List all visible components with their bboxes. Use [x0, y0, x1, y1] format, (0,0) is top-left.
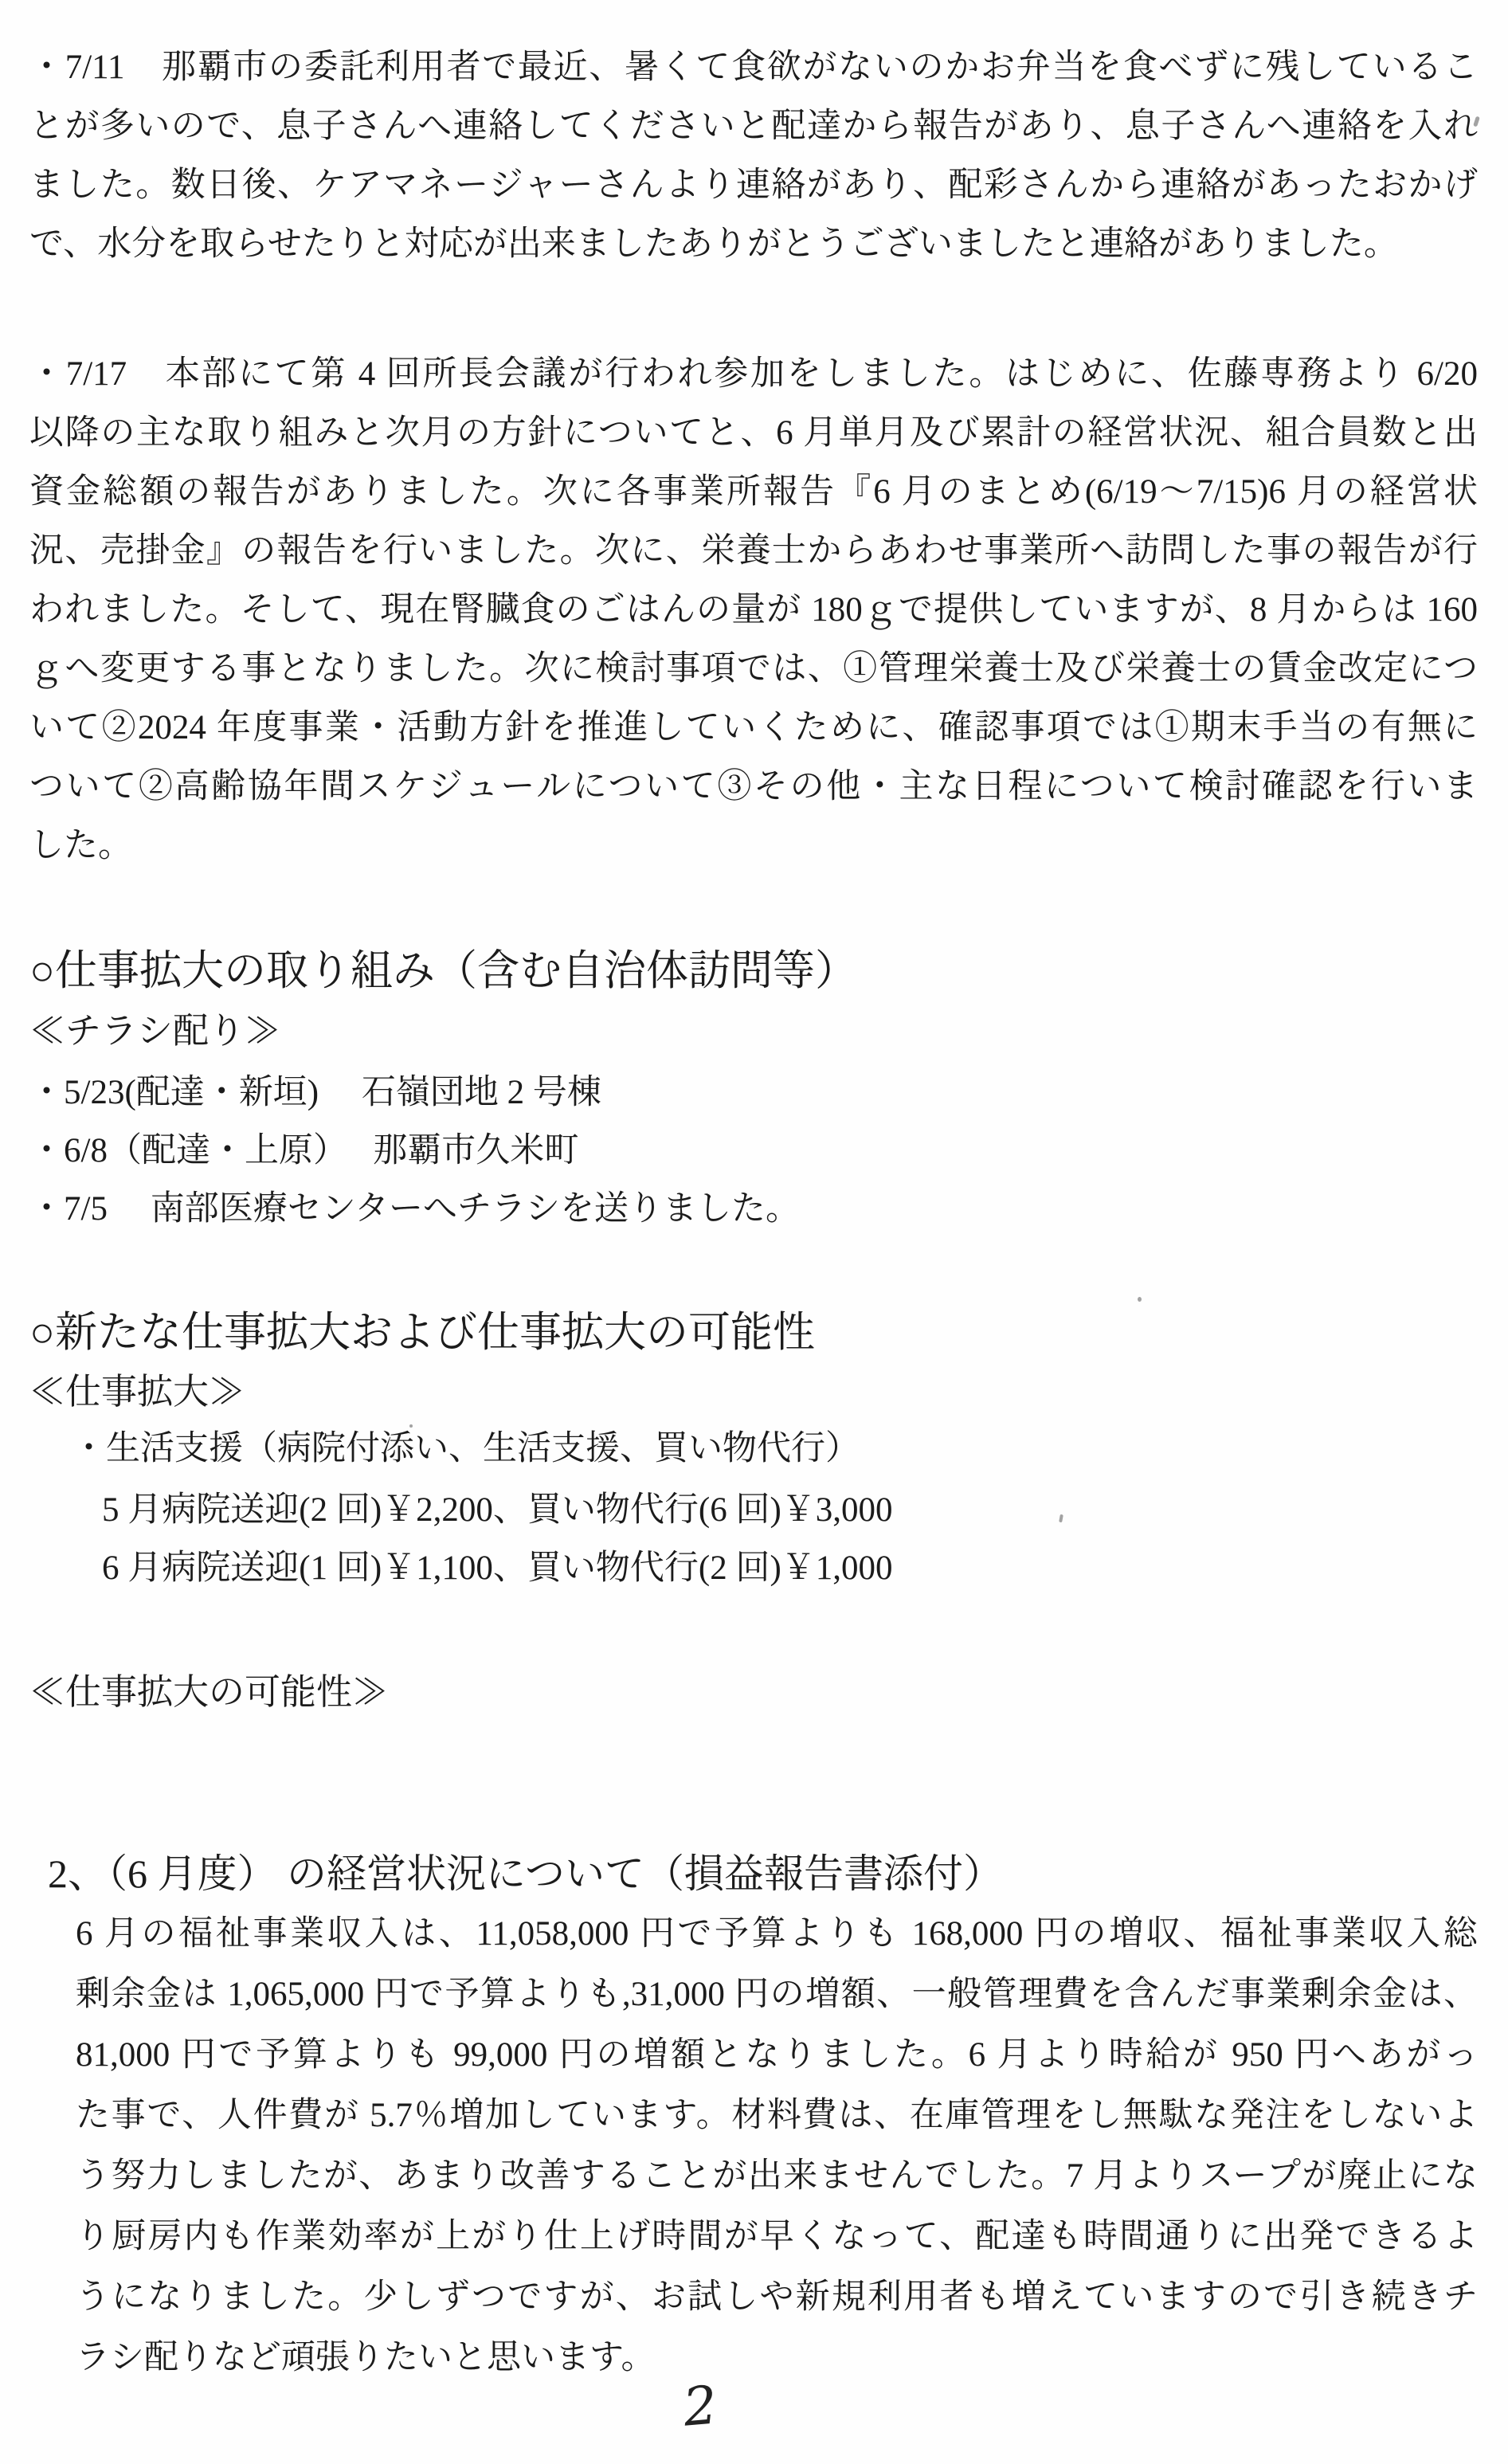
section-heading-financial-status: 2、（6 月度） の経営状況について（損益報告書添付）: [48, 1850, 1003, 1898]
text-line: した。: [29, 817, 1478, 876]
text-line: 81,000 円で予算よりも 99,000 円の増額となりました。6 月より時給…: [76, 2025, 1478, 2086]
text-line: 6 月病院送迎(1 回)￥1,100、買い物代行(2 回)￥1,000: [102, 1539, 893, 1597]
text-line: ・生活支援（病院付添い、生活支援、買い物代行）: [72, 1420, 860, 1478]
text-line: ・5/23(配達・新垣) 石嶺団地 2 号棟: [29, 1064, 800, 1122]
text-line: り厨房内も作業効率が上がり仕上げ時間が早くなって、配達も時間通りに出発できるよ: [76, 2207, 1478, 2267]
scan-artifact: [1138, 1297, 1142, 1302]
life-support-item: ・生活支援（病院付添い、生活支援、買い物代行）: [72, 1420, 860, 1478]
text-line: 況、売掛金』の報告を行いました。次に、栄養士からあわせ事業所へ訪問した事の報告が…: [29, 522, 1478, 581]
text-line: ついて②高齢協年間スケジュールについて③その他・主な日程について検討確認を行いま: [29, 758, 1478, 817]
text-line: 5 月病院送迎(2 回)￥2,200、買い物代行(6 回)￥3,000: [102, 1481, 893, 1539]
text-line: 資金総額の報告がありました。次に各事業所報告『6 月のまとめ(6/19～7/15…: [29, 463, 1478, 522]
entry-7-11-paragraph: ・7/11 那覇市の委託利用者で最近、暑くて食欲がないのかお弁当を食べずに残して…: [29, 38, 1478, 274]
handwritten-page-number: 2: [681, 2374, 720, 2438]
scanned-report-page: ・7/11 那覇市の委託利用者で最近、暑くて食欲がないのかお弁当を食べずに残して…: [0, 0, 1508, 2464]
text-line: ｇへ変更する事となりました。次に検討事項では、①管理栄養士及び栄養士の賃金改定に…: [29, 640, 1478, 699]
text-line: 6 月の福祉事業収入は、11,058,000 円で予算よりも 168,000 円…: [76, 1904, 1478, 1965]
subsection-heading-work-expansion: ≪仕事拡大≫: [29, 1369, 245, 1414]
text-line: た事で、人件費が 5.7％増加しています。材料費は、在庫管理をし無駄な発注をしな…: [76, 2086, 1478, 2146]
subsection-heading-expansion-possibility: ≪仕事拡大の可能性≫: [29, 1670, 388, 1714]
text-line: いて②2024 年度事業・活動方針を推進していくために、確認事項では①期末手当の…: [29, 699, 1478, 758]
text-line: うになりました。少しずつですが、お試しや新規利用者も増えていますので引き続きチ: [76, 2267, 1478, 2328]
text-line: う努力しましたが、あまり改善することが出来ませんでした。7 月よりスープが廃止に…: [76, 2146, 1478, 2207]
text-line: ・7/5 南部医療センターへチラシを送りました。: [29, 1180, 800, 1238]
text-line: ラシ配りなど頑張りたいと思います。: [76, 2328, 1478, 2388]
section-heading-new-work-expansion: ○新たな仕事拡大および仕事拡大の可能性: [29, 1308, 815, 1357]
scan-artifact: [409, 1424, 413, 1428]
financial-status-paragraph: 6 月の福祉事業収入は、11,058,000 円で予算よりも 168,000 円…: [76, 1904, 1478, 2388]
flyer-distribution-list: ・5/23(配達・新垣) 石嶺団地 2 号棟・6/8（配達・上原） 那覇市久米町…: [29, 1064, 800, 1238]
subsection-heading-flyer-distribution: ≪チラシ配り≫: [29, 1009, 280, 1053]
text-line: ・7/11 那覇市の委託利用者で最近、暑くて食欲がないのかお弁当を食べずに残して…: [29, 38, 1478, 97]
text-line: ました。数日後、ケアマネージャーさんより連絡があり、配彩さんから連絡があったおか…: [29, 156, 1478, 215]
entry-7-17-paragraph: ・7/17 本部にて第 4 回所長会議が行われ参加をしました。はじめに、佐藤専務…: [29, 345, 1478, 876]
text-line: われました。そして、現在腎臓食のごはんの量が 180ｇで提供していますが、8 月…: [29, 581, 1478, 640]
text-line: ・7/17 本部にて第 4 回所長会議が行われ参加をしました。はじめに、佐藤専務…: [29, 345, 1478, 404]
section-heading-work-expansion: ○仕事拡大の取り組み（含む自治体訪問等）: [29, 946, 857, 996]
text-line: 以降の主な取り組みと次月の方針についてと、6 月単月及び累計の経営状況、組合員数…: [29, 404, 1478, 463]
text-line: とが多いので、息子さんへ連絡してくださいと配達から報告があり、息子さんへ連絡を入…: [29, 97, 1478, 156]
text-line: で、水分を取らせたりと対応が出来ましたありがとうございましたと連絡がありました。: [29, 215, 1478, 274]
scan-artifact: [488, 973, 491, 977]
text-line: ・6/8（配達・上原） 那覇市久米町: [29, 1122, 800, 1180]
scan-artifact: [1059, 1514, 1063, 1523]
text-line: 剰余金は 1,065,000 円で予算よりも,31,000 円の増額、一般管理費…: [76, 1965, 1478, 2025]
service-price-list: 5 月病院送迎(2 回)￥2,200、買い物代行(6 回)￥3,0006 月病院…: [102, 1481, 893, 1597]
